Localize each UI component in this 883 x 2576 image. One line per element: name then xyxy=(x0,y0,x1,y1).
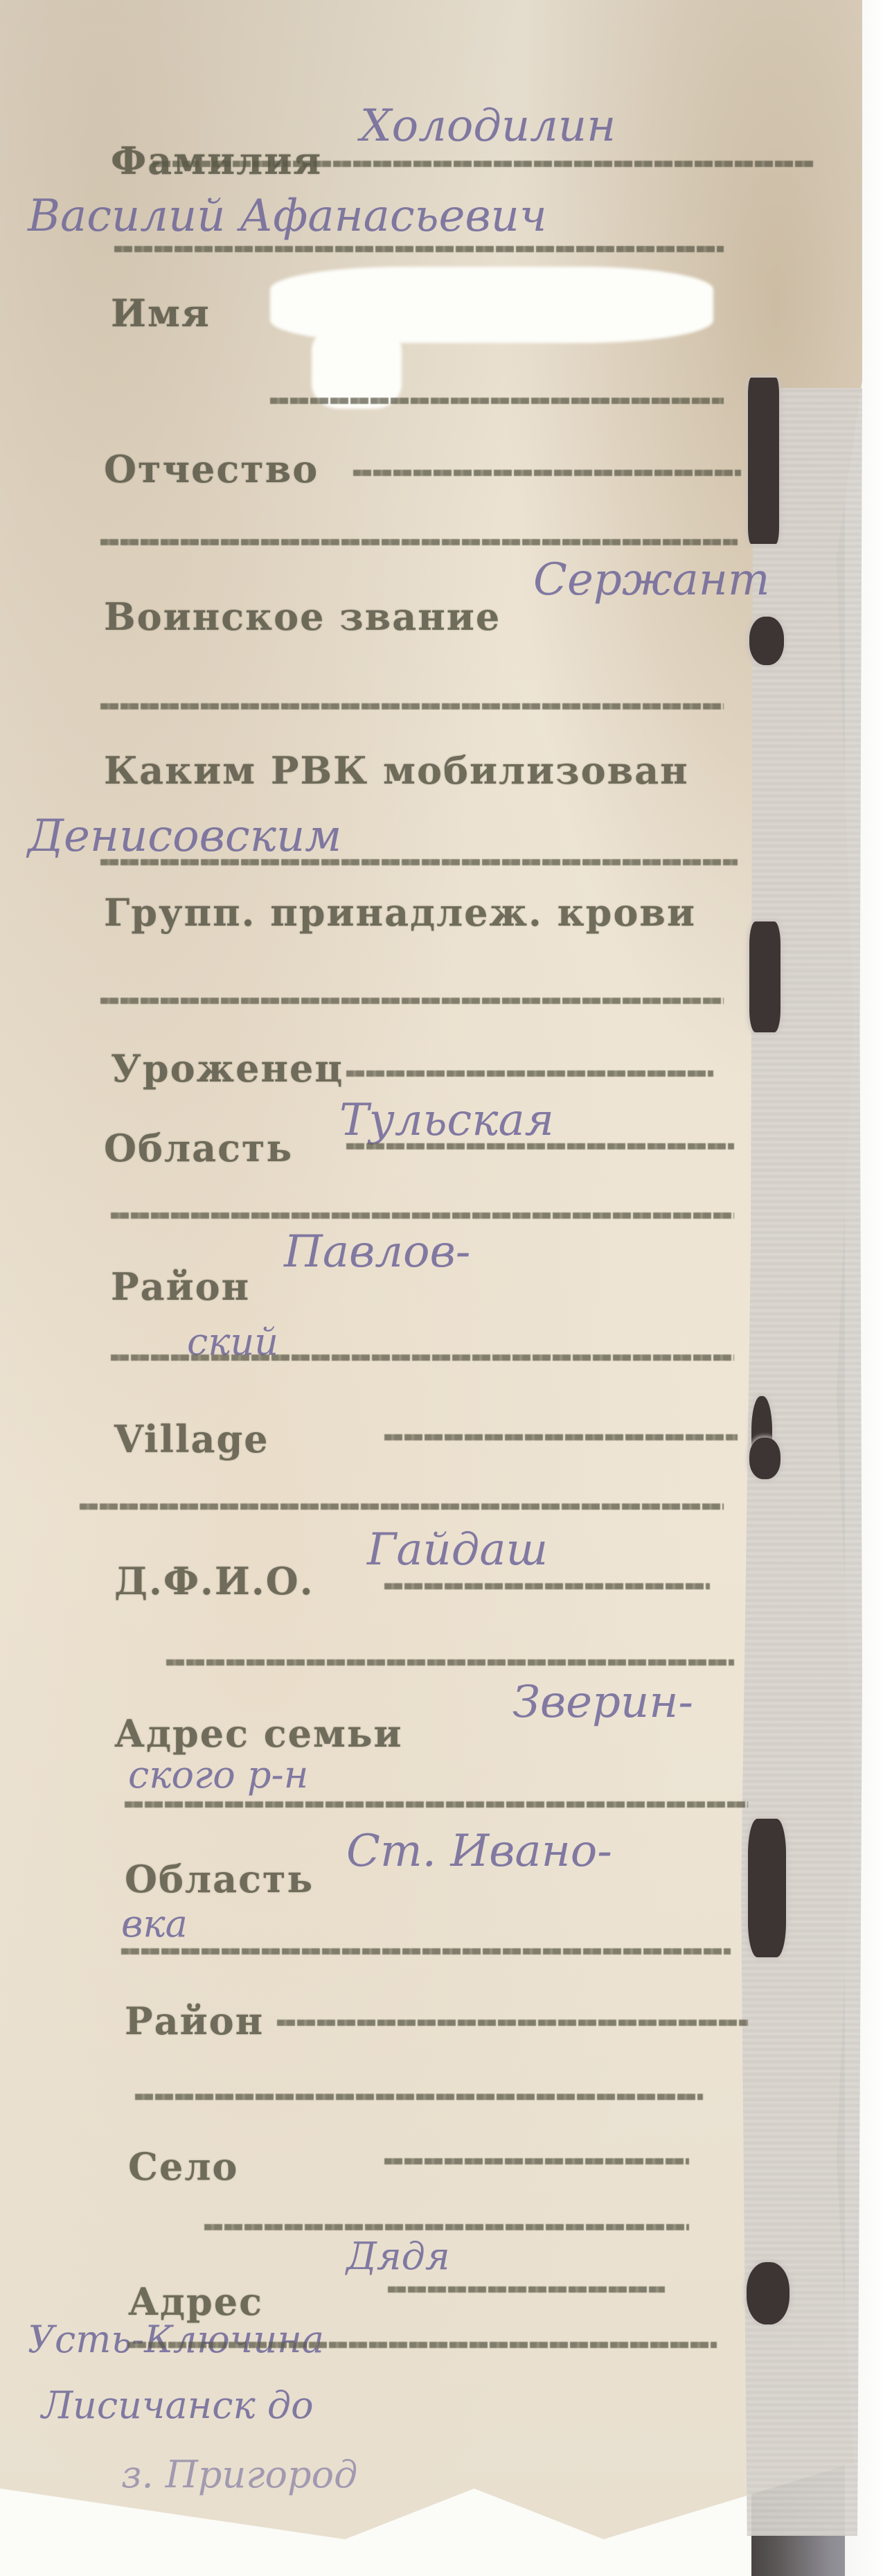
handwritten-value: Холодилин xyxy=(360,100,616,152)
fill-line xyxy=(121,1948,731,1955)
field-label: Воинское звание xyxy=(104,594,501,639)
fill-line xyxy=(346,1143,734,1149)
fill-line xyxy=(346,1070,713,1077)
fill-line xyxy=(111,1212,734,1219)
field-label: Уроженец xyxy=(111,1046,344,1091)
hole xyxy=(748,378,779,544)
handwritten-value-continued: Лисичанск до xyxy=(42,2383,314,2427)
fill-line xyxy=(100,998,724,1004)
hole xyxy=(747,2262,790,2324)
fill-line xyxy=(152,161,814,167)
fill-line xyxy=(100,859,738,865)
field-label: Район xyxy=(125,1999,264,2043)
fill-line xyxy=(125,1801,748,1808)
handwritten-value-continued: вка xyxy=(121,1902,188,1946)
handwritten-value: Денисовским xyxy=(28,811,341,862)
field-label: Село xyxy=(128,2144,238,2189)
handwritten-value-continued: з. Пригород xyxy=(121,2453,357,2496)
fill-line xyxy=(100,539,738,545)
field-label: Групп. принадлеж. крови xyxy=(104,890,696,935)
fill-line xyxy=(114,246,724,252)
field-label: Область xyxy=(104,1126,293,1170)
fill-line xyxy=(270,398,724,404)
field-label: Д.Ф.И.О. xyxy=(114,1559,314,1603)
fill-line xyxy=(384,2158,689,2164)
hole xyxy=(749,1438,781,1479)
field-label: Каким РВК мобилизован xyxy=(104,748,689,793)
fill-line xyxy=(128,2342,717,2348)
fill-line xyxy=(353,470,741,476)
handwritten-value: Тульская xyxy=(339,1095,554,1146)
field-label: Отчество xyxy=(104,447,319,491)
field-label: Район xyxy=(111,1264,250,1309)
handwritten-value: Ст. Ивано- xyxy=(346,1826,612,1877)
handwritten-value: Зверин- xyxy=(512,1677,693,1728)
fill-line xyxy=(100,703,724,709)
fill-line xyxy=(277,2020,748,2026)
handwritten-value: Павлов- xyxy=(284,1226,470,1278)
fill-line xyxy=(204,2224,689,2230)
handwritten-value-continued: ского р-н xyxy=(128,1753,308,1797)
fill-line xyxy=(388,2286,665,2293)
handwritten-value: Сержант xyxy=(533,554,770,606)
fill-line xyxy=(384,1583,710,1589)
handwritten-value: Гайдаш xyxy=(367,1524,548,1576)
fill-line xyxy=(111,1355,734,1361)
fill-line xyxy=(384,1434,738,1440)
fill-line xyxy=(135,2094,703,2100)
hole xyxy=(749,921,781,1032)
field-label: Village xyxy=(114,1417,269,1461)
hole xyxy=(749,617,784,665)
field-label: Имя xyxy=(111,291,211,335)
handwritten-value: Василий Афанасьевич xyxy=(28,191,547,242)
paper-loss-patch xyxy=(312,326,402,409)
fill-line xyxy=(166,1659,734,1666)
hole xyxy=(748,1819,786,1957)
field-label: Адрес семьи xyxy=(114,1711,403,1756)
handwritten-value-continued: Усть-Ключина xyxy=(28,2318,324,2361)
handwritten-value: Дядя xyxy=(346,2234,450,2278)
field-label: Область xyxy=(125,1857,314,1901)
fill-line xyxy=(80,1503,724,1510)
